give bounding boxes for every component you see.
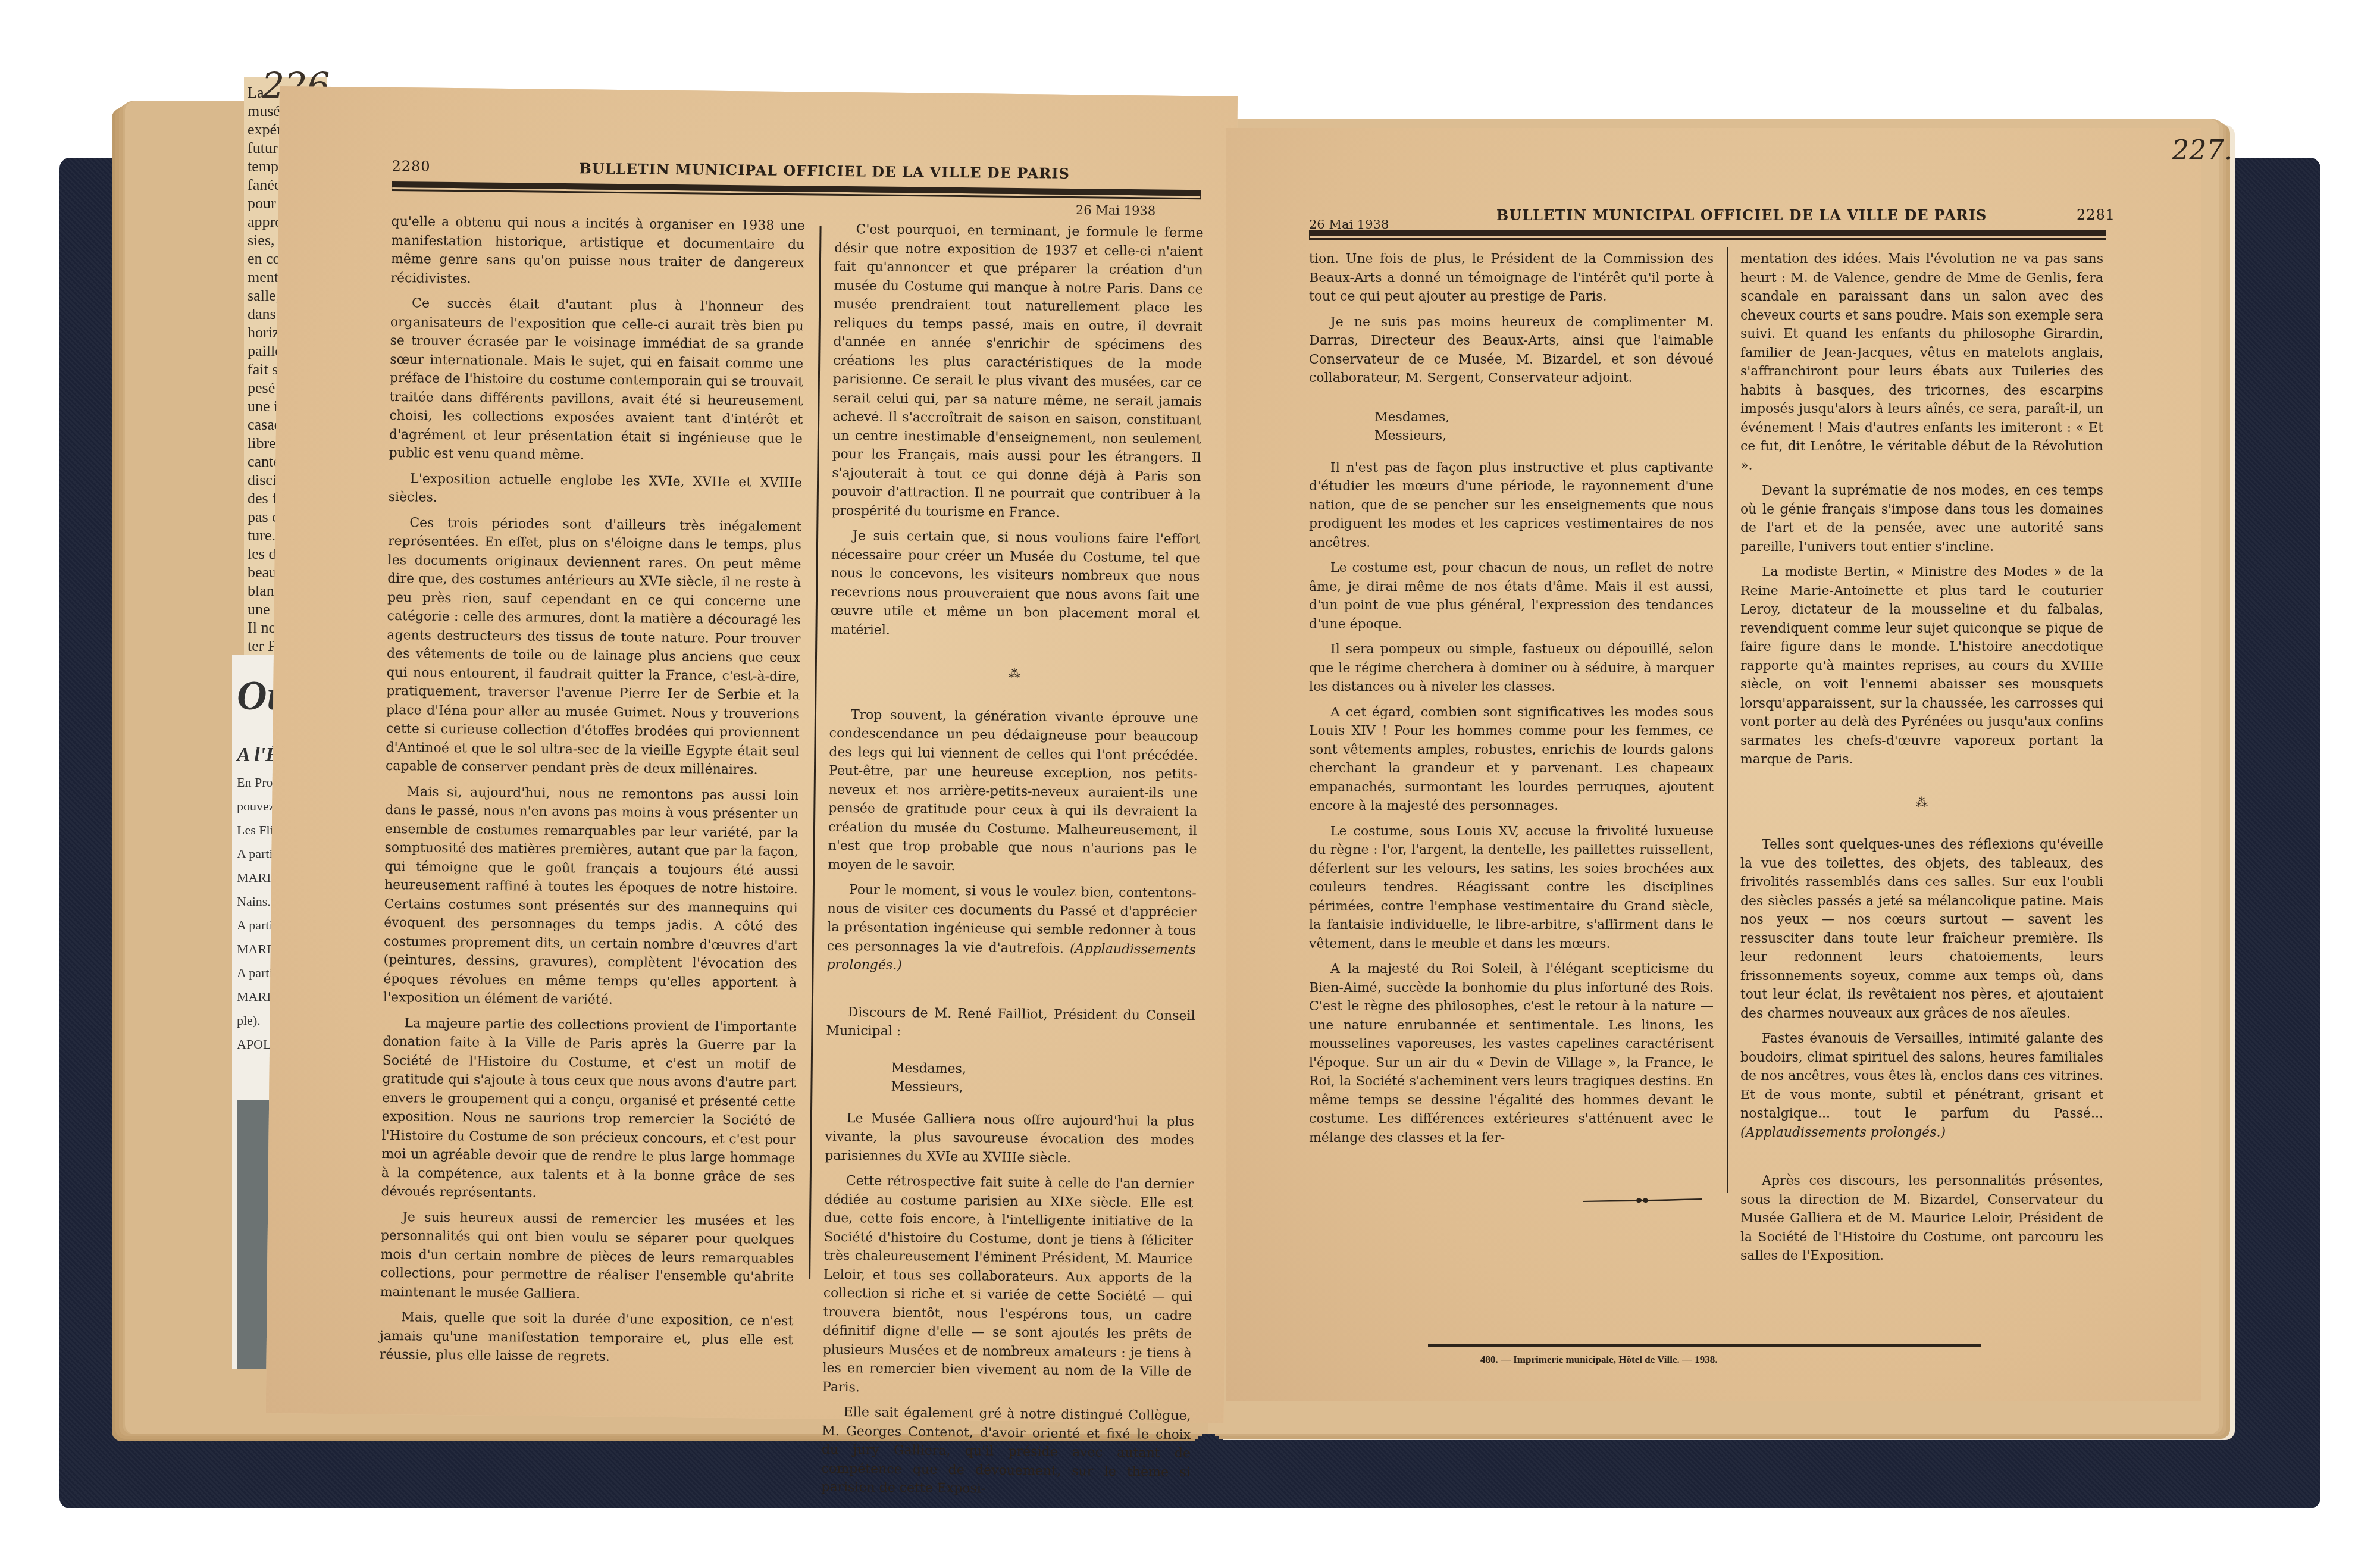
paragraph: Fastes évanouis de Versailles, intimité … xyxy=(1740,1029,2103,1142)
page-number: 2281 xyxy=(2077,206,2115,223)
paragraph: Après ces discours, les personnalités pr… xyxy=(1740,1172,2103,1266)
speech-heading: Discours de M. René Failliot, Président … xyxy=(826,1003,1195,1044)
paragraph: Je suis heureux aussi de remercier les m… xyxy=(380,1207,795,1306)
applause-note: (Applaudissements prolongés.) xyxy=(1740,1125,1946,1140)
paragraph: A cet égard, combien sont significatives… xyxy=(1309,703,1714,816)
paragraph: Cette rétrospective fait suite à celle d… xyxy=(822,1172,1194,1400)
right-page: 26 Mai 1938 BULLETIN MUNICIPAL OFFICIEL … xyxy=(1226,128,2201,1401)
paragraph: La majeure partie des collections provie… xyxy=(381,1013,796,1205)
handwritten-folio-right: 227. xyxy=(2172,134,2232,166)
paragraph: Ces trois périodes sont d'ailleurs très … xyxy=(386,513,802,780)
paragraph: A la majesté du Roi Soleil, à l'élégant … xyxy=(1309,960,1714,1147)
asterism: ⁂ xyxy=(830,663,1199,686)
paragraph: qu'elle a obtenu qui nous a incités à or… xyxy=(390,212,804,292)
paragraph: Le Musée Galliera nous offre aujourd'hui… xyxy=(825,1109,1194,1169)
column-divider xyxy=(1727,247,1728,1193)
paragraph: Ce succès était d'autant plus à l'honneu… xyxy=(389,294,804,467)
header-rule xyxy=(392,181,1201,196)
right-column-2: mentation des idées. Mais l'évolution ne… xyxy=(1740,250,2103,1272)
paragraph: Mais si, aujourd'hui, nous ne remontons … xyxy=(383,782,799,1011)
paragraph: mentation des idées. Mais l'évolution ne… xyxy=(1740,250,2103,475)
asterism: ⁂ xyxy=(1740,793,2103,812)
paragraph: La modiste Bertin, « Ministre des Modes … xyxy=(1740,563,2103,769)
salutation: Mesdames, xyxy=(1309,408,1714,427)
header-rule xyxy=(1309,230,2106,236)
left-running-head: 2280 BULLETIN MUNICIPAL OFFICIEL DE LA V… xyxy=(279,157,1237,167)
fleuron-ornament xyxy=(1583,1196,1702,1204)
paragraph: tion. Une fois de plus, le Président de … xyxy=(1309,250,1714,306)
paragraph: C'est pourquoi, en terminant, je formule… xyxy=(831,220,1203,524)
salutation: Messieurs, xyxy=(1309,427,1714,446)
paragraph: Le costume, sous Louis XV, accuse la fri… xyxy=(1309,822,1714,954)
paragraph: Je ne suis pas moins heureux de complime… xyxy=(1309,313,1714,388)
paragraph: Mais, quelle que soit la durée d'une exp… xyxy=(380,1308,794,1369)
paragraph: Pour le moment, si vous le voulez bien, … xyxy=(826,881,1197,978)
left-page: 2280 BULLETIN MUNICIPAL OFFICIEL DE LA V… xyxy=(266,86,1238,1423)
paragraph: Devant la suprématie de nos modes, en ce… xyxy=(1740,481,2103,556)
header-date: 26 Mai 1938 xyxy=(1076,203,1156,218)
printer-imprint: 480. — Imprimerie municipale, Hôtel de V… xyxy=(1480,1354,1718,1366)
paragraph: Il sera pompeux ou simple, fastueux ou d… xyxy=(1309,640,1714,697)
left-column-1: qu'elle a obtenu qui nous a incités à or… xyxy=(379,212,804,1375)
paragraph: Je suis certain que, si nous voulions fa… xyxy=(830,527,1200,643)
paragraph: Elle sait également gré à notre distingu… xyxy=(821,1403,1191,1501)
paragraph: Trop souvent, la génération vivante épro… xyxy=(828,705,1198,878)
header-title: BULLETIN MUNICIPAL OFFICIEL DE LA VILLE … xyxy=(1496,206,1987,224)
paragraph: L'exposition actuelle englobe les XVIe, … xyxy=(389,469,803,511)
page-number: 2280 xyxy=(392,158,430,175)
paragraph: Le costume est, pour chacun de nous, un … xyxy=(1309,559,1714,634)
imprint-rule xyxy=(1428,1344,1981,1347)
paragraph: Telles sont quelques-unes des réflexions… xyxy=(1740,835,2103,1023)
header-date: 26 Mai 1938 xyxy=(1309,217,1389,231)
right-column-1: tion. Une fois de plus, le Président de … xyxy=(1309,250,1714,1154)
header-title: BULLETIN MUNICIPAL OFFICIEL DE LA VILLE … xyxy=(579,159,1070,182)
left-column-2: C'est pourquoi, en terminant, je formule… xyxy=(821,220,1204,1507)
paragraph: Il n'est pas de façon plus instructive e… xyxy=(1309,459,1714,553)
column-divider xyxy=(809,226,822,1279)
paragraph-text: Fastes évanouis de Versailles, intimité … xyxy=(1740,1031,2103,1121)
salutation: Messieurs, xyxy=(825,1077,1194,1100)
